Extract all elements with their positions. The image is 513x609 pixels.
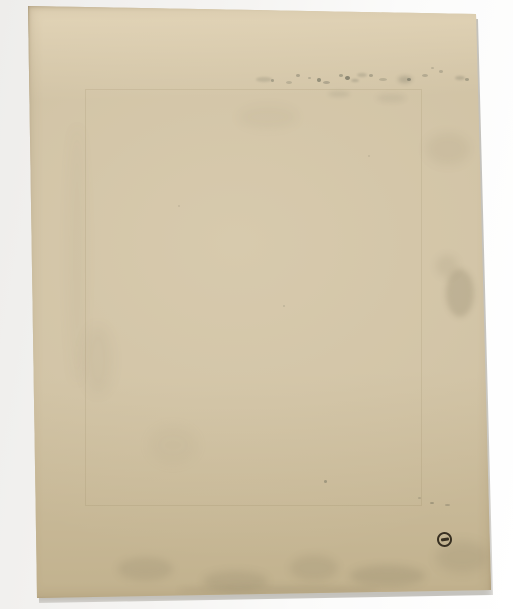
photo-backdrop: Blank aged cream-tan paper sheet photogr…	[0, 0, 513, 609]
ink-speck	[323, 81, 330, 84]
ink-speck	[439, 70, 443, 73]
ink-speck	[308, 77, 311, 79]
ink-speck	[379, 78, 387, 81]
ink-speck	[455, 76, 465, 80]
ink-speck	[317, 78, 321, 82]
ink-speck	[296, 74, 300, 77]
ink-speck	[256, 77, 272, 82]
plate-mark-impression	[85, 89, 422, 506]
ink-speck	[369, 74, 373, 77]
ink-speck	[407, 78, 411, 81]
ink-speck	[271, 79, 274, 82]
ink-speck	[351, 79, 359, 82]
stamp-text-bar	[440, 537, 448, 541]
ink-speck	[430, 502, 434, 504]
ink-speck	[357, 73, 367, 77]
ink-speck	[422, 74, 428, 77]
paper-sheet	[28, 5, 492, 599]
ink-speck	[339, 74, 343, 77]
ink-speck	[431, 67, 434, 69]
ink-speck	[286, 81, 292, 84]
ink-speck	[345, 76, 350, 80]
ink-speck	[445, 504, 450, 506]
ink-speck	[465, 78, 469, 81]
